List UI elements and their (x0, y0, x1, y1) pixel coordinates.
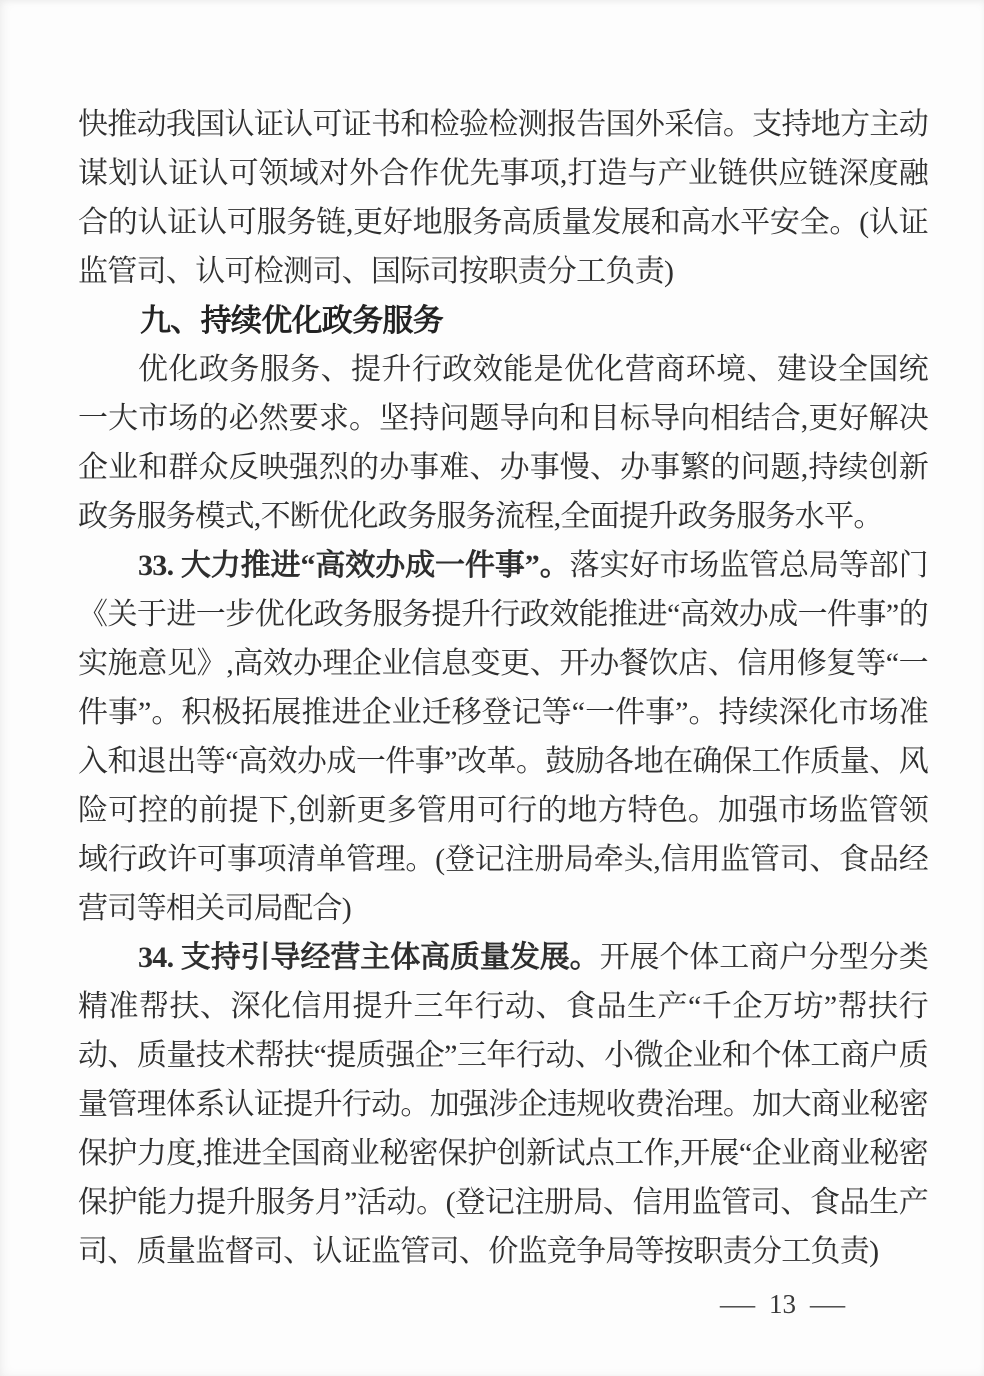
item-33-lead: 33. 大力推进“高效办成一件事”。 (138, 549, 570, 582)
page-number: 13 (769, 1286, 796, 1322)
item-34-body: 开展个体工商户分型分类精准帮扶、深化信用提升三年行动、食品生产“千企万坊”帮扶行… (78, 941, 928, 1268)
paragraph-continuation: 快推动我国认证认可证书和检验检测报告国外采信。支持地方主动谋划认证认可领域对外合… (78, 100, 928, 296)
document-content: 快推动我国认证认可证书和检验检测报告国外采信。支持地方主动谋划认证认可领域对外合… (78, 100, 928, 1276)
section-heading: 九、持续优化政务服务 (78, 296, 928, 345)
paragraph-section-intro: 优化政务服务、提升行政效能是优化营商环境、建设全国统一大市场的必然要求。坚持问题… (78, 345, 928, 541)
footer-dash-right: — (810, 1286, 845, 1322)
item-34-lead: 34. 支持引导经营主体高质量发展。 (138, 941, 600, 974)
footer-dash-left: — (720, 1286, 755, 1322)
document-page: 快推动我国认证认可证书和检验检测报告国外采信。支持地方主动谋划认证认可领域对外合… (0, 0, 984, 1376)
paragraph-item-33: 33. 大力推进“高效办成一件事”。落实好市场监管总局等部门《关于进一步优化政务… (78, 541, 928, 933)
page-footer: — 13 — (724, 1286, 841, 1322)
paragraph-item-34: 34. 支持引导经营主体高质量发展。开展个体工商户分型分类精准帮扶、深化信用提升… (78, 933, 928, 1276)
item-33-body: 落实好市场监管总局等部门《关于进一步优化政务服务提升行政效能推进“高效办成一件事… (78, 549, 928, 925)
